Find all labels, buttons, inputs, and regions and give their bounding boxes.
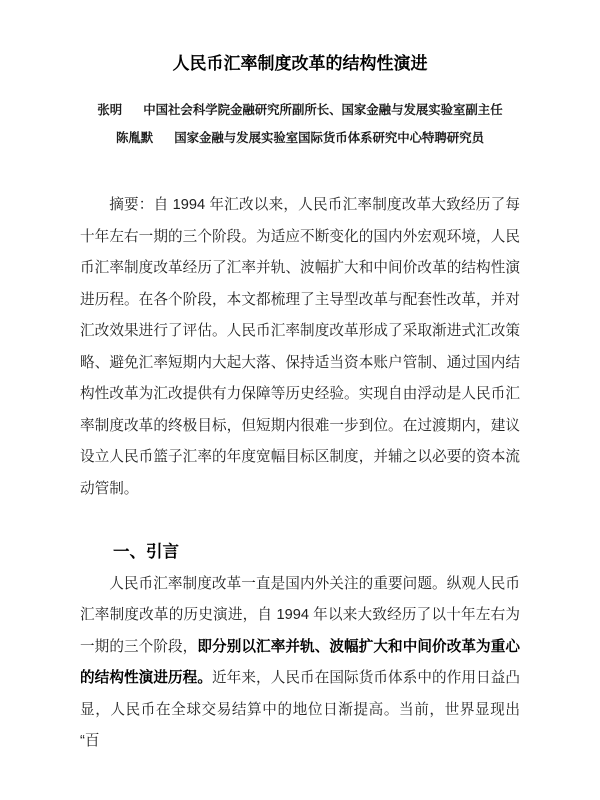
author-1-name: 张明 [97, 103, 122, 117]
abstract-text: 自 1994 年汇改以来，人民币汇率制度改革大致经历了每十年左右一期的三个阶段。… [80, 197, 520, 497]
author-1-affiliation: 中国社会科学院金融研究所副所长、国家金融与发展实验室副主任 [143, 103, 502, 117]
introduction-paragraph: 人民币汇率制度改革一直是国内外关注的重要问题。纵观人民币汇率制度改革的历史演进，… [80, 569, 520, 758]
document-title: 人民币汇率制度改革的结构性演进 [80, 52, 520, 76]
section-heading-introduction: 一、引言 [80, 537, 520, 569]
abstract-label: 摘要： [109, 197, 153, 213]
author-2-affiliation: 国家金融与发展实验室国际货币体系研究中心特聘研究员 [174, 131, 484, 145]
abstract-paragraph: 摘要：自 1994 年汇改以来，人民币汇率制度改革大致经历了每十年左右一期的三个… [80, 190, 520, 505]
document-page: 人民币汇率制度改革的结构性演进 张明中国社会科学院金融研究所副所长、国家金融与发… [0, 0, 600, 800]
author-2-name: 陈胤默 [116, 131, 153, 145]
author-line-1: 张明中国社会科学院金融研究所副所长、国家金融与发展实验室副主任 [80, 96, 520, 124]
author-line-2: 陈胤默国家金融与发展实验室国际货币体系研究中心特聘研究员 [80, 124, 520, 152]
